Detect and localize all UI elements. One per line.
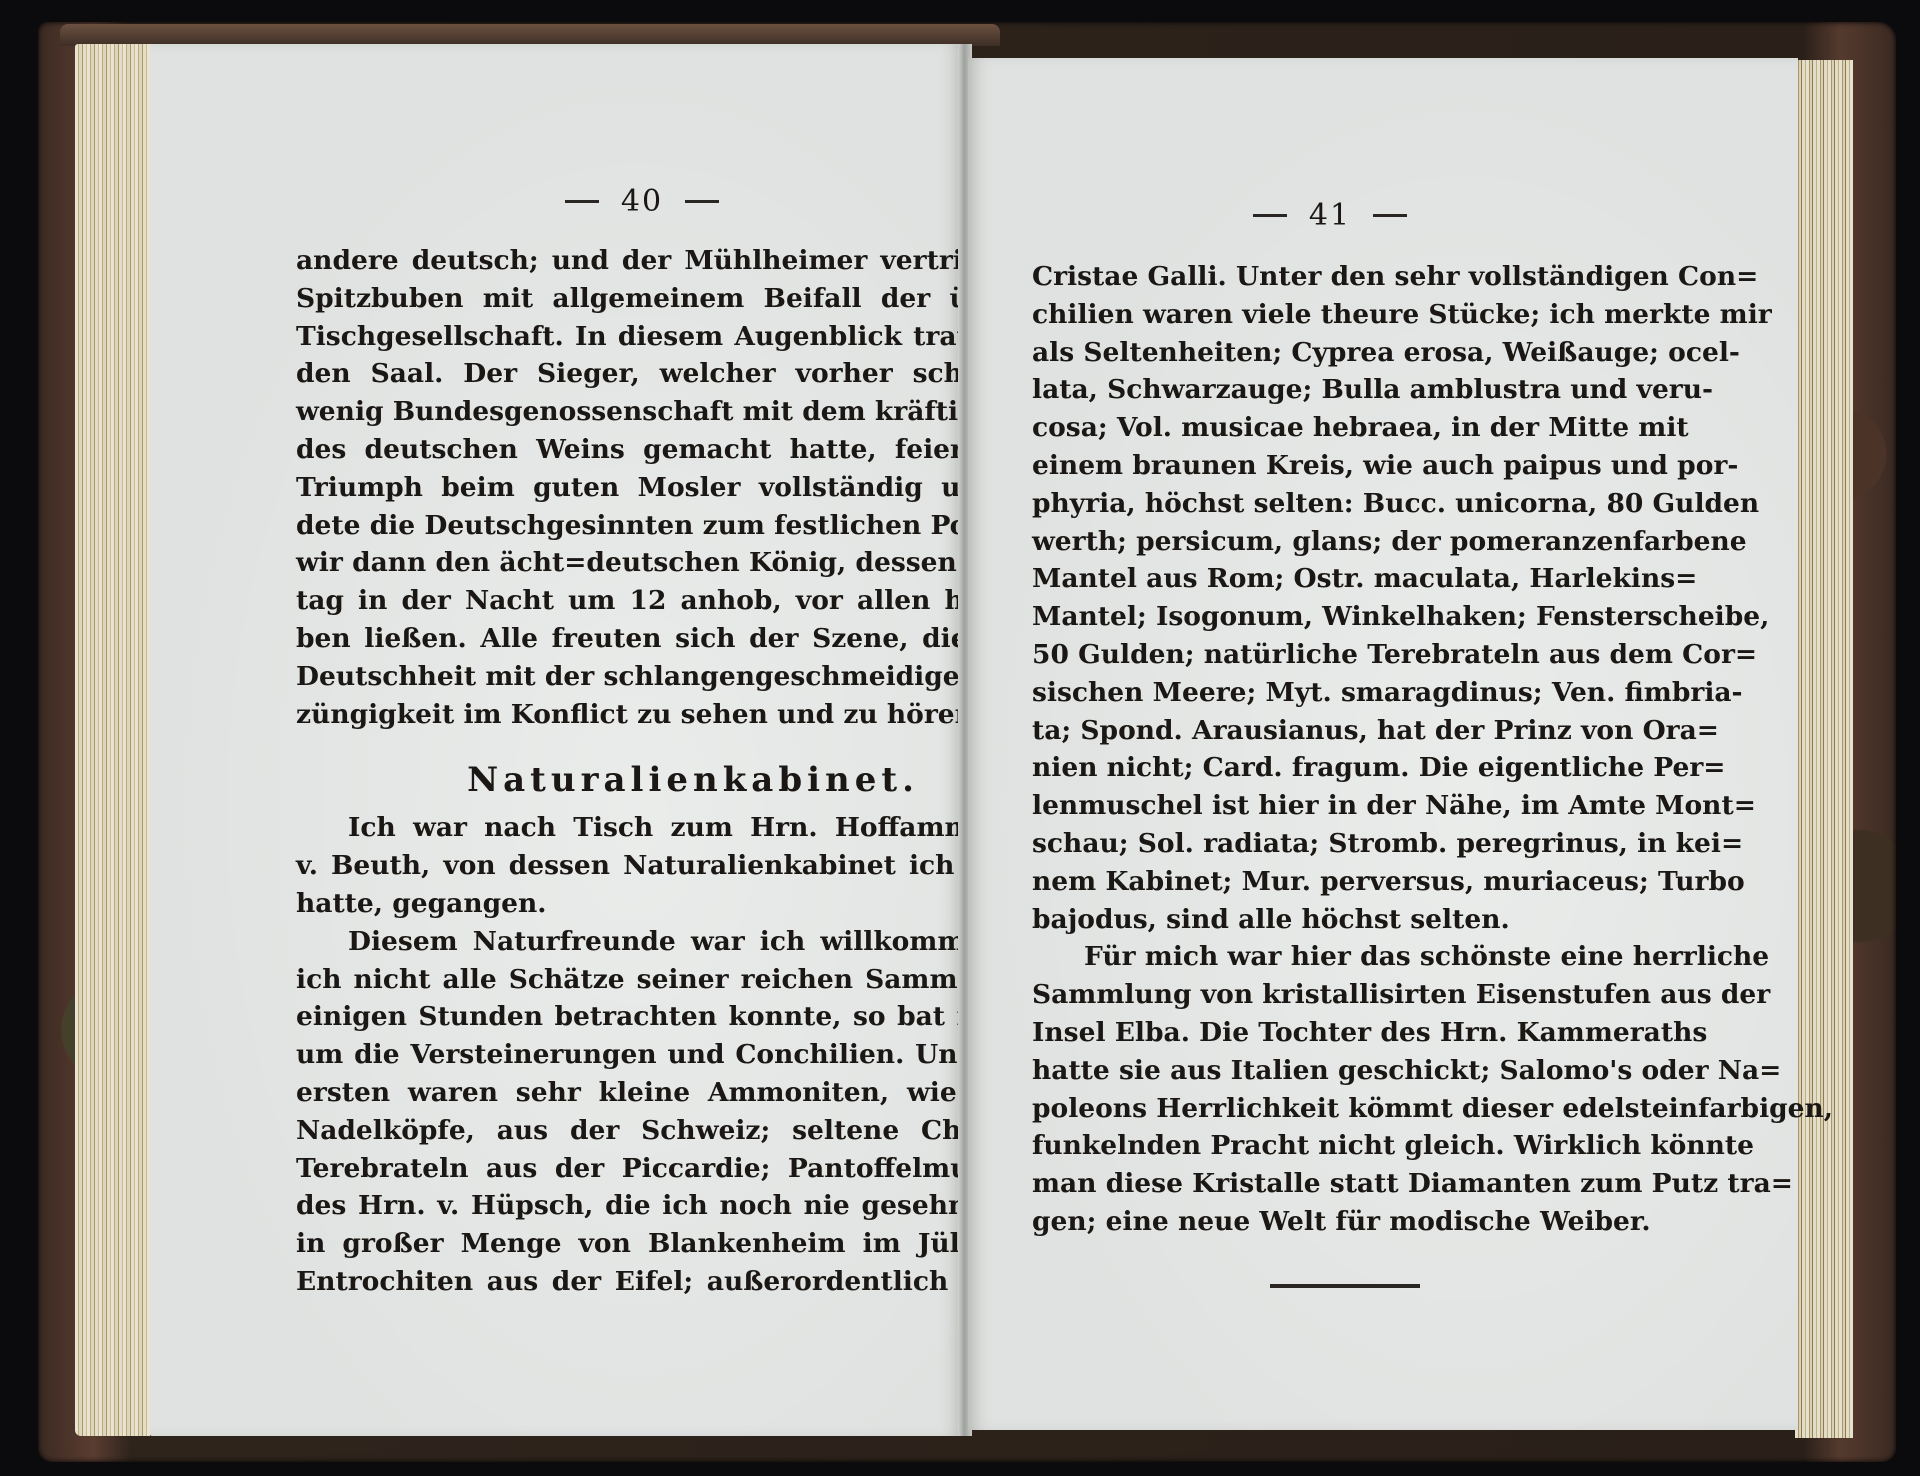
left-page: 40 andere deutsch; und der Mühlheimer ve… [150,44,962,1436]
text-line: tag in der Nacht um 12 anhob, vor allen … [296,582,1066,620]
section-heading: Naturalienkabinet. [296,755,1066,805]
text-line: als Seltenheiten; Cyprea erosa, Weißauge… [1032,334,1666,372]
text-line: Mantel; Isogonum, Winkelhaken; Fenstersc… [1032,598,1666,636]
text-line: Diesem Naturfreunde war ich willkommen. … [296,923,1066,961]
text-line: lata, Schwarzauge; Bulla amblustra und v… [1032,371,1666,409]
text-line: cosa; Vol. musicae hebraea, in der Mitte… [1032,409,1666,447]
text-line: Cristae Galli. Unter den sehr vollständi… [1032,258,1666,296]
text-line: werth; persicum, glans; der pomeranzenfa… [1032,523,1666,561]
right-text-block: Cristae Galli. Unter den sehr vollständi… [1032,258,1666,1241]
text-line: Tischgesellschaft. In diesem Augenblick … [296,318,1066,356]
text-line: den Saal. Der Sieger, welcher vorher sch… [296,355,1066,393]
text-line: des Hrn. v. Hüpsch, die ich noch nie ges… [296,1187,1066,1225]
text-line: v. Beuth, von dessen Naturalienkabinet i… [296,847,1066,885]
page-number-text: 40 [621,184,663,219]
text-line: einigen Stunden betrachten konnte, so ba… [296,998,1066,1036]
text-line: Für mich war hier das schönste eine herr… [1032,938,1666,976]
text-line: ersten waren sehr kleine Ammoniten, wie … [296,1074,1066,1112]
text-line: einem braunen Kreis, wie auch paipus und… [1032,447,1666,485]
text-line: nem Kabinet; Mur. perversus, muriaceus; … [1032,863,1666,901]
text-line: gen; eine neue Welt für modische Weiber. [1032,1203,1666,1241]
folio-dash [685,200,719,203]
right-page: 41 Cristae Galli. Unter den sehr vollstä… [968,58,1798,1430]
text-line: ben ließen. Alle freuten sich der Szene,… [296,620,1066,658]
left-page-edges [75,44,150,1436]
text-line: ta; Spond. Arausianus, hat der Prinz von… [1032,712,1666,750]
text-line: 50 Gulden; natürliche Terebrateln aus de… [1032,636,1666,674]
text-line: chilien waren viele theure Stücke; ich m… [1032,296,1666,334]
text-line: bajodus, sind alle höchst selten. [1032,901,1666,939]
cover-top-edge [60,24,1000,46]
text-line: dete die Deutschgesinnten zum festlichen… [296,507,1066,545]
text-line: sischen Meere; Myt. smaragdinus; Ven. fi… [1032,674,1666,712]
text-line: nien nicht; Card. fragum. Die eigentlich… [1032,749,1666,787]
text-line: ich nicht alle Schätze seiner reichen Sa… [296,961,1066,999]
text-line: phyria, höchst selten: Bucc. unicorna, 8… [1032,485,1666,523]
page-number-text: 41 [1309,198,1351,233]
text-line: hatte sie aus Italien geschickt; Salomo'… [1032,1052,1666,1090]
text-line: lenmuschel ist hier in der Nähe, im Amte… [1032,787,1666,825]
text-line: wenig Bundesgenossenschaft mit dem kräft… [296,393,1066,431]
text-line: Deutschheit mit der schlangengeschmeidig… [296,658,1066,696]
text-line: hatte, gegangen. [296,885,1066,923]
folio-dash [1253,214,1287,217]
text-line: Terebrateln aus der Piccardie; Pantoffel… [296,1150,1066,1188]
text-line: Ich war nach Tisch zum Hrn. Hoffammerrat… [296,809,1066,847]
page-number-left: 40 [512,184,772,219]
folio-dash [1373,214,1407,217]
text-line: Mantel aus Rom; Ostr. maculata, Harlekin… [1032,560,1666,598]
text-line: man diese Kristalle statt Diamanten zum … [1032,1165,1666,1203]
text-line: funkelnden Pracht nicht gleich. Wirklich… [1032,1127,1666,1165]
text-line: in großer Menge von Blankenheim im Jülis… [296,1225,1066,1263]
text-line: schau; Sol. radiata; Stromb. peregrinus,… [1032,825,1666,863]
text-line: wir dann den ächt=deutschen König, desse… [296,544,1066,582]
left-text-block: andere deutsch; und der Mühlheimer vertr… [296,242,1066,1301]
book-photo: 40 andere deutsch; und der Mühlheimer ve… [0,0,1920,1476]
text-line: Spitzbuben mit allgemeinem Beifall der ü… [296,280,1066,318]
text-line: des deutschen Weins gemacht hatte, feier… [296,431,1066,469]
text-line: andere deutsch; und der Mühlheimer vertr… [296,242,1066,280]
text-line: züngigkeit im Konflict zu sehen und zu h… [296,696,1066,734]
right-page-edges [1795,60,1853,1438]
section-end-rule [1270,1284,1420,1288]
folio-dash [565,200,599,203]
text-line: Triumph beim guten Mosler vollständig un… [296,469,1066,507]
page-number-right: 41 [1200,198,1460,233]
text-line: Insel Elba. Die Tochter des Hrn. Kammera… [1032,1014,1666,1052]
text-line: Sammlung von kristallisirten Eisenstufen… [1032,976,1666,1014]
text-line: um die Versteinerungen und Conchilien. U… [296,1036,1066,1074]
text-line: Entrochiten aus der Eifel; außerordentli… [296,1263,1066,1301]
text-line: poleons Herrlichkeit kömmt dieser edelst… [1032,1090,1666,1128]
text-line: Nadelköpfe, aus der Schweiz; seltene Chi… [296,1112,1066,1150]
